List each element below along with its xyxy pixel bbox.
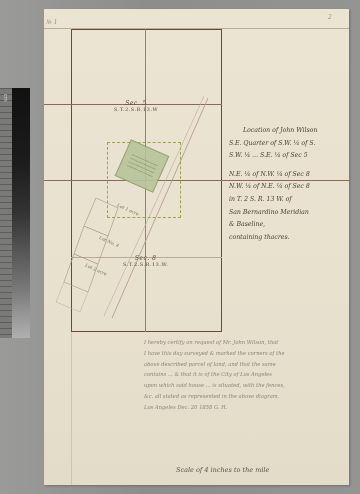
certificate-line: upon which said house ... is situated, w… [144, 381, 344, 392]
section-5-number: Sec. 5 [114, 100, 158, 107]
location-description: Location of John Wilson S.E. Quarter of … [229, 125, 347, 244]
description-line: S.W. ¼ ... S.E. ¼ of Sec 5 [229, 150, 347, 163]
road-strip [0, 0, 360, 494]
certificate-line: I hereby certify on request of Mr. John … [144, 338, 344, 349]
description-line: containing thacres. [229, 232, 347, 245]
section-5-label: Sec. 5 S.T.2.S.R.13.W [114, 100, 158, 113]
certificate-line: I have this day surveyed & marked the co… [144, 349, 344, 360]
description-line: N.W. ¼ of N.E. ¼ of Sec 8 [229, 181, 347, 194]
description-line: San Bernardino Meridian [229, 207, 347, 220]
certificate-line: Los Angeles Dec. 20 1858 G. H. [144, 403, 344, 414]
section-8-label: Sec. 8 S.T.2.S.R.13.W. [123, 255, 168, 268]
description-line: & Baseline, [229, 219, 347, 232]
section-5-township: S.T.2.S.R.13.W [114, 107, 158, 113]
parcel-hatching [126, 154, 157, 178]
description-title: Location of John Wilson [229, 125, 347, 138]
description-line: N.E. ¼ of N.W. ¼ of Sec 8 [229, 169, 347, 182]
scale-note: Scale of 4 inches to the mile [176, 466, 269, 474]
description-line: S.E. Quarter of S.W. ¼ of S. [229, 138, 347, 151]
description-line: in T. 2 S. R. 13 W. of [229, 194, 347, 207]
certificate-line: above described parcel of land, and that… [144, 360, 344, 371]
section-8-number: Sec. 8 [123, 255, 168, 262]
certificate-line: &c. all stated as represented in the abo… [144, 392, 344, 403]
surveyor-certificate: I hereby certify on request of Mr. John … [144, 338, 344, 414]
section-8-township: S.T.2.S.R.13.W. [123, 262, 168, 268]
certificate-line: contains ... & that it is of the City of… [144, 370, 344, 381]
